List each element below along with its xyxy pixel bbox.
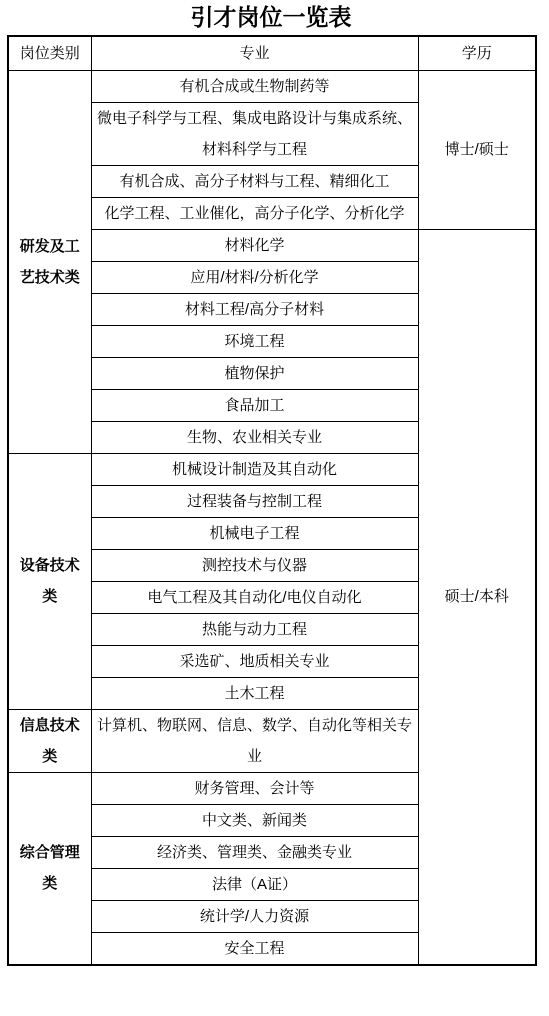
major-cell: 机械设计制造及其自动化: [91, 453, 418, 485]
table-row: 研发及工艺技术类 有机合成或生物制药等 博士/硕士: [8, 70, 536, 102]
major-cell: 机械电子工程: [91, 517, 418, 549]
major-cell: 化学工程、工业催化，高分子化学、分析化学: [91, 197, 418, 229]
major-cell: 计算机、物联网、信息、数学、自动化等相关专业: [91, 709, 418, 772]
major-cell: 法律（A证）: [91, 868, 418, 900]
major-cell: 测控技术与仪器: [91, 549, 418, 581]
major-cell: 有机合成、高分子材料与工程、精细化工: [91, 165, 418, 197]
major-cell: 材料化学: [91, 229, 418, 261]
major-cell: 热能与动力工程: [91, 613, 418, 645]
major-cell: 采选矿、地质相关专业: [91, 645, 418, 677]
major-cell: 中文类、新闻类: [91, 804, 418, 836]
col-header-category: 岗位类别: [8, 36, 91, 70]
major-cell: 过程装备与控制工程: [91, 485, 418, 517]
major-cell: 统计学/人力资源: [91, 900, 418, 932]
education-cell-phd-master: 博士/硕士: [418, 70, 536, 229]
major-cell: 微电子科学与工程、集成电路设计与集成系统、材料科学与工程: [91, 102, 418, 165]
major-cell: 材料工程/高分子材料: [91, 293, 418, 325]
category-cell-equipment: 设备技术类: [8, 453, 91, 709]
col-header-major: 专业: [91, 36, 418, 70]
major-cell: 电气工程及其自动化/电仪自动化: [91, 581, 418, 613]
major-cell: 财务管理、会计等: [91, 772, 418, 804]
major-cell: 有机合成或生物制药等: [91, 70, 418, 102]
major-cell: 食品加工: [91, 389, 418, 421]
major-cell: 土木工程: [91, 677, 418, 709]
document-page: 引才岗位一览表 岗位类别 专业 学历 研发及工艺技术类 有机合成或生物制药等 博…: [0, 0, 549, 1016]
category-cell-rd-process: 研发及工艺技术类: [8, 70, 91, 453]
col-header-education: 学历: [418, 36, 536, 70]
major-cell: 环境工程: [91, 325, 418, 357]
positions-table: 岗位类别 专业 学历 研发及工艺技术类 有机合成或生物制药等 博士/硕士 微电子…: [7, 35, 537, 966]
education-cell-master-bachelor: 硕士/本科: [418, 229, 536, 965]
major-cell: 生物、农业相关专业: [91, 421, 418, 453]
category-cell-management: 综合管理类: [8, 772, 91, 965]
page-title: 引才岗位一览表: [7, 2, 535, 32]
major-cell: 安全工程: [91, 932, 418, 965]
major-cell: 经济类、管理类、金融类专业: [91, 836, 418, 868]
header-row: 岗位类别 专业 学历: [8, 36, 536, 70]
major-cell: 植物保护: [91, 357, 418, 389]
major-cell: 应用/材料/分析化学: [91, 261, 418, 293]
category-cell-it: 信息技术类: [8, 709, 91, 772]
